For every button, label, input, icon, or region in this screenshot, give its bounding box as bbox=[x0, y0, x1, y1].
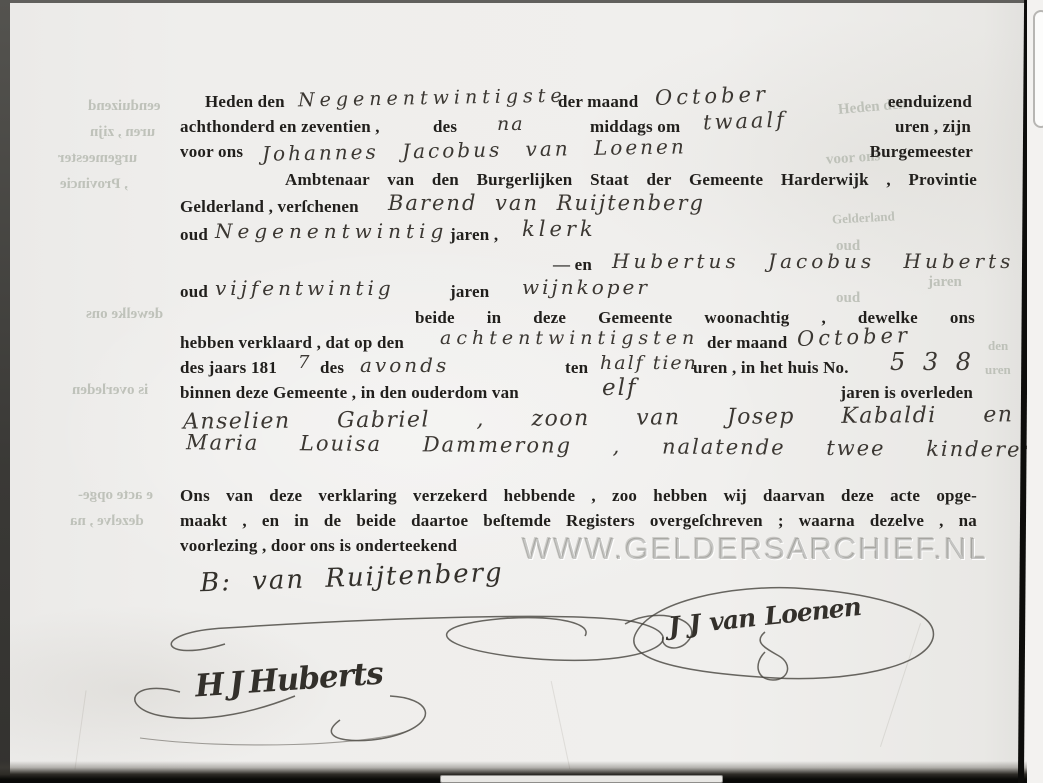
scan-border-top bbox=[0, 0, 1043, 3]
printed-burgemeester: Burgemeester bbox=[870, 142, 973, 162]
handwritten-witness2-occupation: wijnkoper bbox=[522, 275, 650, 299]
handwritten-day: Negenentwintigste bbox=[298, 85, 567, 112]
bleedthrough-text: Gelderland bbox=[832, 208, 896, 227]
horizontal-scrollbar-thumb[interactable] bbox=[440, 775, 723, 783]
printed-jaren: jaren , bbox=[450, 225, 498, 245]
bleedthrough-text: , Provincie bbox=[60, 176, 128, 193]
handwritten-witness1-occupation: klerk bbox=[522, 217, 597, 241]
printed-closing-line2: maakt , en in de beide daartoe beſtemde … bbox=[180, 511, 977, 531]
printed-hebben-verklaard: hebben verklaard , dat op den bbox=[180, 333, 404, 353]
printed-binnen: binnen deze Gemeente , in den ouderdom v… bbox=[180, 383, 519, 403]
bleedthrough-text: eenduizend bbox=[88, 98, 161, 115]
bleedthrough-text: dezelve , na bbox=[70, 513, 144, 530]
printed-closing-line1: Ons van deze verklaring verzekerd hebben… bbox=[180, 486, 977, 506]
printed-des: des bbox=[320, 358, 344, 378]
printed-achthonderd: achthonderd en zeventien , bbox=[180, 117, 380, 137]
bleedthrough-text: den bbox=[988, 338, 1008, 354]
printed-jaren: jaren bbox=[450, 282, 489, 302]
signature-official-flourish bbox=[615, 580, 950, 695]
handwritten-death-dagdeel: avonds bbox=[360, 353, 449, 377]
handwritten-month: October bbox=[655, 82, 770, 110]
handwritten-witness2-name: Hubertus Jacobus Huberts bbox=[612, 249, 1014, 273]
scan-border-left bbox=[0, 0, 10, 783]
scanned-document-viewer: eenduizend uren , zijn urgemeester , Pro… bbox=[0, 0, 1043, 783]
printed-uren-zijn: uren , zijn bbox=[895, 117, 971, 137]
handwritten-witness1-name: Barend van Ruijtenberg bbox=[388, 191, 705, 215]
handwritten-death-month: October bbox=[797, 323, 912, 351]
printed-uren-huis: uren , in het huis No. bbox=[693, 358, 849, 378]
bleedthrough-text: uren bbox=[985, 362, 1011, 378]
printed-des-jaars: des jaars 181 bbox=[180, 358, 277, 378]
printed-heden-den: Heden den bbox=[205, 92, 285, 112]
handwritten-witness1-age: Negenentwintig bbox=[215, 219, 448, 243]
handwritten-hour: twaalf bbox=[703, 108, 788, 135]
printed-gelderland: Gelderland , verſchenen bbox=[180, 197, 359, 217]
printed-en: — en bbox=[553, 255, 592, 275]
printed-der-maand: der maand bbox=[707, 333, 787, 353]
printed-jaren-overleden: jaren is overleden bbox=[840, 383, 973, 403]
handwritten-year-digit: 7 bbox=[298, 352, 309, 373]
handwritten-death-hour: half tien bbox=[600, 352, 698, 374]
handwritten-death-day: achtentwintigsten bbox=[440, 327, 699, 349]
handwritten-witness2-age: vijfentwintig bbox=[215, 276, 395, 300]
vertical-scrollbar-thumb[interactable] bbox=[1033, 10, 1043, 128]
handwritten-age-deceased: elf bbox=[602, 375, 637, 401]
printed-eenduizend: eenduizend bbox=[888, 92, 972, 112]
bleedthrough-text: dewelke ons bbox=[86, 306, 163, 323]
printed-oud: oud bbox=[180, 282, 208, 302]
printed-ambtenaar: Ambtenaar van den Burgerlijken Staat der… bbox=[285, 170, 977, 190]
printed-des: des bbox=[433, 117, 457, 137]
printed-ten: ten bbox=[565, 358, 588, 378]
printed-oud: oud bbox=[180, 225, 208, 245]
bleedthrough-text: is overleden bbox=[72, 382, 148, 399]
handwritten-dagdeel: na bbox=[497, 113, 525, 135]
archive-watermark: WWW.GELDERSARCHIEF.NL bbox=[522, 531, 988, 567]
printed-der-maand: der maand bbox=[558, 92, 638, 112]
bleedthrough-text: e acte opge- bbox=[78, 487, 153, 504]
bleedthrough-text: urgemeester bbox=[58, 150, 137, 167]
bleedthrough-text: jaren bbox=[928, 274, 962, 291]
printed-closing-line3: voorlezing , door ons is onderteekend bbox=[180, 536, 457, 556]
handwritten-house-number: 5 3 8 bbox=[890, 348, 976, 376]
printed-voor-ons: voor ons bbox=[180, 142, 243, 162]
bleedthrough-text: oud bbox=[836, 290, 860, 307]
bleedthrough-text: uren , zijn bbox=[90, 124, 155, 141]
